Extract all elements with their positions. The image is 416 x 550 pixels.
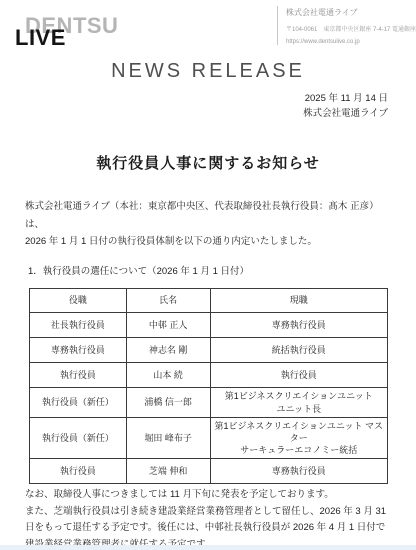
table-row: 執行役員 山本 続 執行役員	[30, 363, 388, 388]
logo-text-live: LIVE	[15, 25, 66, 51]
footer-notes: なお、取締役人事につきましては 11 月下旬に発表を予定しております。 また、芝…	[25, 487, 393, 550]
news-release-heading: NEWS RELEASE	[0, 60, 416, 83]
cell-role: 執行役員（新任）	[30, 418, 127, 459]
table-row: 執行役員（新任） 浦橋 信一郎 第1ビジネスクリエイションユニット ユニット長	[30, 388, 388, 418]
bottom-strip	[0, 545, 416, 550]
column-header-current-post: 現職	[210, 289, 387, 313]
cell-current-post: 統括執行役員	[210, 338, 387, 363]
cell-current-post: 執行役員	[210, 363, 387, 388]
company-address: 〒104-0061 東京都中央区銀座 7-4-17 電通銀座ビル	[286, 24, 416, 33]
cell-role: 執行役員	[30, 363, 127, 388]
cell-current-post: 専務執行役員	[210, 459, 387, 484]
cell-role: 社長執行役員	[30, 313, 127, 338]
company-name: 株式会社電通ライブ	[286, 7, 416, 18]
release-date: 2025 年 11 月 14 日	[303, 91, 388, 106]
document-title: 執行役員人事に関するお知らせ	[0, 152, 416, 173]
news-release-page: DENTSU LIVE 株式会社電通ライブ 〒104-0061 東京都中央区銀座…	[0, 0, 416, 550]
cell-current-post: 第1ビジネスクリエイションユニット ユニット長	[210, 388, 387, 418]
table-row: 執行役員 芝端 伸和 専務執行役員	[30, 459, 388, 484]
release-company: 株式会社電通ライブ	[303, 106, 388, 121]
cell-name: 中邨 正人	[126, 313, 210, 338]
company-info-block: 株式会社電通ライブ 〒104-0061 東京都中央区銀座 7-4-17 電通銀座…	[277, 6, 416, 45]
cell-name: 山本 続	[126, 363, 210, 388]
cell-current-post: 専務執行役員	[210, 313, 387, 338]
cell-role: 専務執行役員	[30, 338, 127, 363]
footer-note-2: また、芝端執行役員は引き続き建設業経営業務管理者として留任し、2026 年 3 …	[25, 504, 393, 550]
cell-name: 堀田 峰布子	[126, 418, 210, 459]
cell-name: 神志名 剛	[126, 338, 210, 363]
column-header-role: 役職	[30, 289, 127, 313]
company-url: https://www.dentsulive.co.jp	[286, 39, 416, 45]
cell-name: 浦橋 信一郎	[126, 388, 210, 418]
cell-role: 執行役員（新任）	[30, 388, 127, 418]
table-row: 執行役員（新任） 堀田 峰布子 第1ビジネスクリエイションユニット マスター サ…	[30, 418, 388, 459]
cell-role: 執行役員	[30, 459, 127, 484]
dentsu-live-logo: DENTSU LIVE	[0, 0, 150, 56]
date-block: 2025 年 11 月 14 日 株式会社電通ライブ	[303, 91, 388, 121]
section-heading: 1．執行役員の選任について（2026 年 1 月 1 日付）	[28, 263, 249, 277]
footer-note-1: なお、取締役人事につきましては 11 月下旬に発表を予定しております。	[25, 487, 393, 504]
table-header-row: 役職 氏名 現職	[30, 289, 388, 313]
intro-paragraph: 株式会社電通ライブ（本社：東京都中央区、代表取締役社長執行役員：髙木 正彦）は、…	[25, 198, 391, 251]
table-row: 専務執行役員 神志名 剛 統括執行役員	[30, 338, 388, 363]
executive-appointments-table: 役職 氏名 現職 社長執行役員 中邨 正人 専務執行役員 専務執行役員 神志名 …	[29, 288, 388, 484]
cell-name: 芝端 伸和	[126, 459, 210, 484]
column-header-name: 氏名	[126, 289, 210, 313]
cell-current-post: 第1ビジネスクリエイションユニット マスター サーキュラーエコノミー統括	[210, 418, 387, 459]
table-row: 社長執行役員 中邨 正人 専務執行役員	[30, 313, 388, 338]
letterhead: DENTSU LIVE 株式会社電通ライブ 〒104-0061 東京都中央区銀座…	[0, 0, 416, 56]
